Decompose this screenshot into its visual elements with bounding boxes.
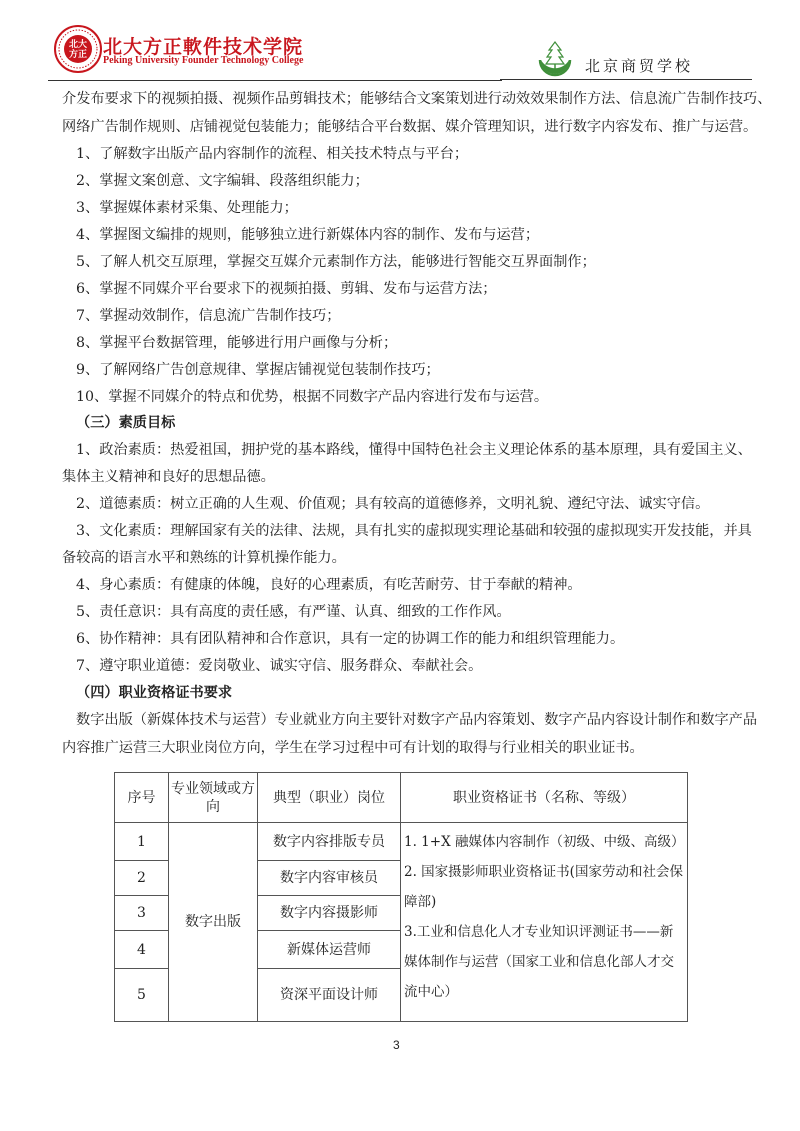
certificate-cell: 1. 1+X 融媒体内容制作（初级、中级、高级） 2. 国家摄影师职业资格证书(… (401, 823, 688, 1022)
quality-item: 6、协作精神：具有团队精神和合作意识，具有一定的协调工作的能力和组织管理能力。 (76, 630, 624, 648)
quality-item: 5、责任意识：具有高度的责任感，有严谨、认真、细致的工作作风。 (76, 603, 511, 621)
svg-text:北大: 北大 (69, 38, 87, 50)
quality-item: 2、道德素质：树立正确的人生观、价值观；具有较高的道德修养，文明礼貌、遵纪守法、… (76, 495, 709, 513)
knowledge-item: 2、掌握文案创意、文字编辑、段落组织能力； (76, 172, 369, 190)
knowledge-item: 3、掌握媒体素材采集、处理能力； (76, 199, 298, 217)
quality-item: 7、遵守职业道德：爱岗敬业、诚实守信、服务群众、奉献社会。 (76, 657, 482, 675)
row-position: 新媒体运营师 (258, 931, 401, 969)
page-number: 3 (393, 1038, 400, 1052)
certificate-item: 2. 国家摄影师职业资格证书(国家劳动和社会保障部) (404, 857, 685, 917)
college-name-en: Peking University Founder Technology Col… (103, 55, 303, 66)
svg-text:方正: 方正 (69, 48, 87, 60)
paragraph-line: 数字出版（新媒体技术与运营）专业就业方向主要针对数字产品内容策划、数字产品内容设… (76, 711, 757, 729)
section-heading-certificates: （四）职业资格证书要求 (76, 684, 232, 702)
knowledge-item: 9、了解网络广告创意规律、掌握店铺视觉包装制作技巧； (76, 361, 440, 379)
page-header: 北大 方正 北大方正軟件技术学院 Peking University Found… (0, 0, 800, 82)
quality-item: 1、政治素质：热爱祖国，拥护党的基本路线，懂得中国特色社会主义理论体系的基本原理… (76, 441, 752, 459)
certificate-item: 1. 1+X 融媒体内容制作（初级、中级、高级） (404, 827, 685, 857)
quality-item: 集体主义精神和良好的思想品德。 (62, 468, 275, 486)
header-divider (500, 79, 752, 80)
school-tree-logo-icon (535, 38, 575, 78)
knowledge-item: 7、掌握动效制作，信息流广告制作技巧； (76, 307, 340, 325)
row-position: 数字内容审核员 (258, 861, 401, 896)
quality-item: 3、文化素质：理解国家有关的法律、法规，具有扎实的虚拟现实理论基础和较强的虚拟现… (76, 522, 752, 540)
header-no: 序号 (115, 773, 169, 823)
table-row: 1 数字出版 数字内容排版专员 1. 1+X 融媒体内容制作（初级、中级、高级）… (115, 823, 688, 861)
header-divider (48, 80, 502, 81)
paragraph-line: 介发布要求下的视频拍摄、视频作品剪辑技术；能够结合文案策划进行动效效果制作方法、… (62, 90, 771, 108)
row-no: 1 (115, 823, 169, 861)
quality-item: 4、身心素质：有健康的体魄，良好的心理素质，有吃苦耐劳、甘于奉献的精神。 (76, 576, 582, 594)
paragraph-line: 网络广告制作规则、店铺视觉包装能力；能够结合平台数据、媒介管理知识，进行数字内容… (62, 118, 757, 136)
college-seal-logo-icon: 北大 方正 (54, 25, 102, 73)
knowledge-item: 5、了解人机交互原理，掌握交互媒介元素制作方法，能够进行智能交互界面制作； (76, 253, 596, 271)
row-position: 数字内容排版专员 (258, 823, 401, 861)
section-heading-quality: （三）素质目标 (76, 414, 175, 432)
school-name: 北京商贸学校 (585, 55, 693, 76)
quality-item: 备较高的语言水平和熟练的计算机操作能力。 (62, 549, 346, 567)
row-no: 5 (115, 969, 169, 1022)
field-cell: 数字出版 (169, 823, 258, 1022)
certificate-table: 序号 专业领域或方向 典型（职业）岗位 职业资格证书（名称、等级） 1 数字出版… (114, 772, 688, 1022)
table-header-row: 序号 专业领域或方向 典型（职业）岗位 职业资格证书（名称、等级） (115, 773, 688, 823)
paragraph-line: 内容推广运营三大职业岗位方向，学生在学习过程中可有计划的取得与行业相关的职业证书… (62, 739, 644, 757)
row-position: 数字内容摄影师 (258, 896, 401, 931)
header-certificate: 职业资格证书（名称、等级） (401, 773, 688, 823)
knowledge-item: 10、掌握不同媒介的特点和优势，根据不同数字产品内容进行发布与运营。 (76, 388, 548, 406)
row-no: 3 (115, 896, 169, 931)
knowledge-item: 4、掌握图文编排的规则，能够独立进行新媒体内容的制作、发布与运营； (76, 226, 539, 244)
knowledge-item: 6、掌握不同媒介平台要求下的视频拍摄、剪辑、发布与运营方法； (76, 280, 496, 298)
header-field: 专业领域或方向 (169, 773, 258, 823)
certificate-item: 3.工业和信息化人才专业知识评测证书——新媒体制作与运营（国家工业和信息化部人才… (404, 917, 685, 1007)
row-no: 4 (115, 931, 169, 969)
row-position: 资深平面设计师 (258, 969, 401, 1022)
knowledge-item: 8、掌握平台数据管理，能够进行用户画像与分析； (76, 334, 397, 352)
header-position: 典型（职业）岗位 (258, 773, 401, 823)
row-no: 2 (115, 861, 169, 896)
knowledge-item: 1、了解数字出版产品内容制作的流程、相关技术特点与平台； (76, 145, 468, 163)
